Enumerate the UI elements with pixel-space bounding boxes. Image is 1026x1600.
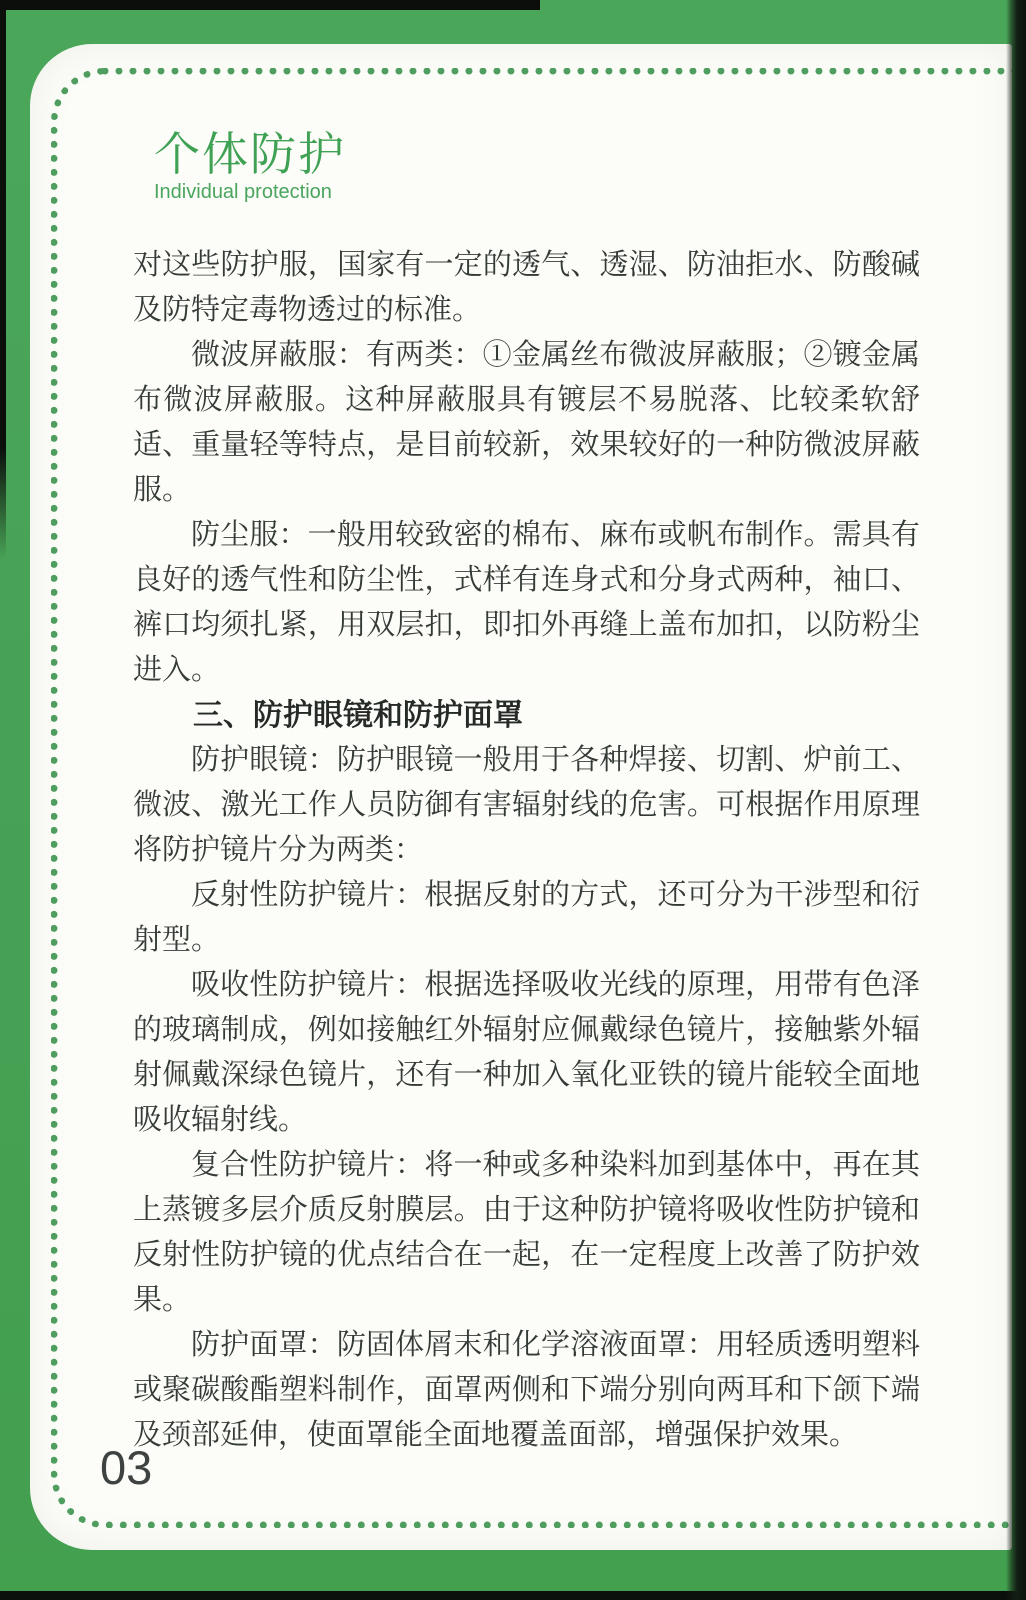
scan-edge-bottom (0, 1591, 1026, 1600)
paragraph-standards-continuation: 对这些防护服，国家有一定的透气、透湿、防油拒水、防酸碱及防特定毒物透过的标准。 (133, 243, 920, 333)
paragraph-microwave-shielding: 微波屏蔽服：有两类：①金属丝布微波屏蔽服；②镀金属布微波屏蔽服。这种屏蔽服具有镀… (133, 333, 920, 513)
page: 个体防护 Individual protection 对这些防护服，国家有一定的… (30, 44, 1012, 1550)
paragraph-face-shield: 防护面罩：防固体屑末和化学溶液面罩：用轻质透明塑料或聚碳酸酯塑料制作，面罩两侧和… (133, 1323, 920, 1458)
page-number: 03 (100, 1440, 152, 1495)
scan-edge-top (0, 0, 540, 10)
section-heading-goggles-and-masks: 三、防护眼镜和防护面罩 (133, 693, 920, 738)
paragraph-protective-goggles: 防护眼镜：防护眼镜一般用于各种焊接、切割、炉前工、微波、激光工作人员防御有害辐射… (133, 738, 920, 873)
paragraph-absorptive-lenses: 吸收性防护镜片：根据选择吸收光线的原理，用带有色泽的玻璃制成，例如接触红外辐射应… (133, 963, 920, 1143)
page-header: 个体防护 Individual protection (154, 128, 346, 203)
paragraph-dustproof-clothing: 防尘服：一般用较致密的棉布、麻布或帆布制作。需具有良好的透气性和防尘性，式样有连… (133, 513, 920, 693)
scan-edge-binding-shadow (1006, 0, 1026, 1600)
paragraph-reflective-lenses: 反射性防护镜片：根据反射的方式，还可分为干涉型和衍射型。 (133, 873, 920, 963)
paragraph-composite-lenses: 复合性防护镜片：将一种或多种染料加到基体中，再在其上蒸镀多层介质反射膜层。由于这… (133, 1143, 920, 1323)
scanned-book-page: { "header": { "title_cn": "个体防护", "title… (0, 0, 1026, 1600)
chapter-title-english: Individual protection (154, 181, 346, 203)
scan-root: 个体防护 Individual protection 对这些防护服，国家有一定的… (0, 0, 1026, 1600)
chapter-title-chinese: 个体防护 (154, 128, 346, 180)
body-text: 对这些防护服，国家有一定的透气、透湿、防油拒水、防酸碱及防特定毒物透过的标准。 … (133, 243, 920, 1458)
scan-edge-left (0, 0, 6, 560)
